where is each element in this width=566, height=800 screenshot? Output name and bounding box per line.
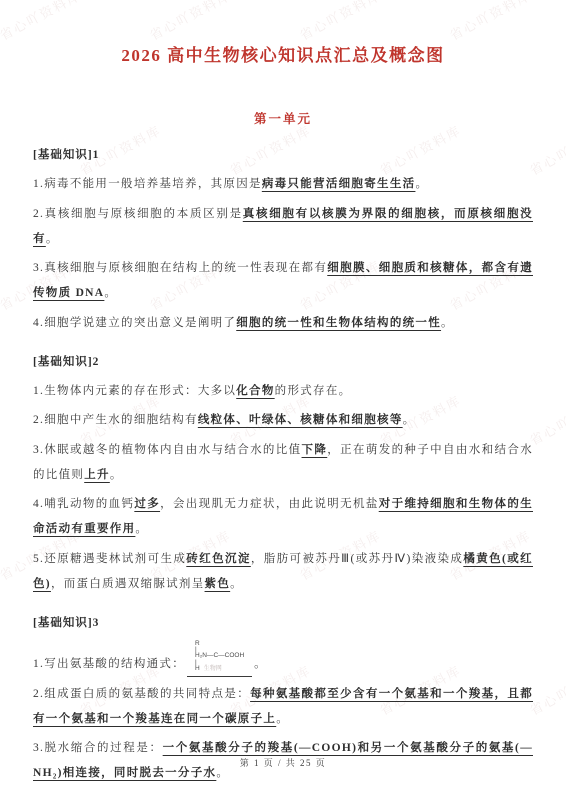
underlined-answer: 过多	[134, 498, 160, 510]
underlined-answer: 线粒体、叶绿体、核糖体和细胞核等	[198, 414, 403, 426]
formula-item-suffix: 。	[254, 652, 267, 677]
section-heading: [基础知识]1	[33, 143, 533, 168]
document-page: { "document": { "title": "2026 高中生物核心知识点…	[0, 0, 566, 800]
diagonal-watermark: 省心吖资料库	[446, 0, 534, 44]
page-title: 2026 高中生物核心知识点汇总及概念图	[33, 44, 533, 68]
knowledge-item: 4.哺乳动物的血钙过多，会出现肌无力症状，由此说明无机盐对于维持细胞和生物体的生…	[33, 492, 533, 542]
item-text: 2.组成蛋白质的氨基酸的共同特点是：	[33, 688, 250, 700]
diagonal-watermark: 省心吖资料库	[146, 0, 234, 44]
section-heading: [基础知识]3	[33, 611, 533, 636]
item-text: 。	[441, 317, 454, 329]
underlined-answer: 上升	[84, 469, 110, 481]
item-text: 5.还原糖遇斐林试剂可生成	[33, 553, 186, 565]
knowledge-item: 2.细胞中产生水的细胞结构有线粒体、叶绿体、核糖体和细胞核等。	[33, 408, 533, 433]
underlined-answer: 紫色	[205, 578, 231, 590]
item-text: 。	[104, 287, 117, 299]
item-text: 3.休眠或越冬的植物体内自由水与结合水的比值	[33, 444, 302, 456]
item-text: 。	[135, 523, 148, 535]
item-text: 。	[110, 469, 123, 481]
underlined-answer: 化合物	[236, 385, 274, 397]
amino-acid-structural-formula: R|H₂N—C—COOH|H生物网	[187, 640, 252, 678]
knowledge-item: 3.休眠或越冬的植物体内自由水与结合水的比值下降，正在萌发的种子中自由水和结合水…	[33, 438, 533, 488]
knowledge-item: 4.细胞学说建立的突出意义是阐明了细胞的统一性和生物体结构的统一性。	[33, 311, 533, 336]
item-text: 2.细胞中产生水的细胞结构有	[33, 414, 198, 426]
item-text: ，会出现肌无力症状，由此说明无机盐	[160, 498, 379, 510]
item-text: 3.真核细胞与原核细胞在结构上的统一性表现在都有	[33, 262, 327, 274]
knowledge-item: 5.还原糖遇斐林试剂可生成砖红色沉淀，脂肪可被苏丹Ⅲ(或苏丹Ⅳ)染液染成橘黄色(…	[33, 547, 533, 597]
item-text: 。	[403, 414, 416, 426]
item-text: 。	[230, 578, 243, 590]
item-text: 。	[46, 233, 59, 245]
diagonal-watermark: 省心吖资料库	[0, 0, 84, 44]
item-text: ，而蛋白质遇双缩脲试剂呈	[51, 578, 205, 590]
item-text: 1.病毒不能用一般培养基培养，其原因是	[33, 178, 262, 190]
item-text: 的形式存在。	[275, 385, 352, 397]
document-content: 2026 高中生物核心知识点汇总及概念图 第一单元 [基础知识]11.病毒不能用…	[0, 44, 566, 786]
knowledge-item: 1.生物体内元素的存在形式：大多以化合物的形式存在。	[33, 379, 533, 404]
knowledge-item: 2.组成蛋白质的氨基酸的共同特点是：每种氨基酸都至少含有一个氨基和一个羧基，且都…	[33, 682, 533, 732]
knowledge-item: 1.写出氨基酸的结构通式：R|H₂N—C—COOH|H生物网。	[33, 640, 533, 678]
item-text: 2.真核细胞与原核细胞的本质区别是	[33, 208, 243, 220]
underlined-answer: 病毒只能营活细胞寄生生活	[262, 178, 416, 190]
item-text: 。	[276, 713, 289, 725]
item-text: ，脂肪可被苏丹Ⅲ(或苏丹Ⅳ)染液染成	[251, 553, 464, 565]
page-number-footer: 第 1 页 / 共 25 页	[0, 756, 566, 769]
item-text: 3.脱水缩合的过程是：	[33, 742, 163, 754]
unit-subtitle: 第一单元	[33, 109, 533, 129]
section-heading: [基础知识]2	[33, 350, 533, 375]
knowledge-item: 1.病毒不能用一般培养基培养，其原因是病毒只能营活细胞寄生生活。	[33, 172, 533, 197]
formula-item-prefix: 1.写出氨基酸的结构通式：	[33, 652, 185, 677]
knowledge-item: 3.真核细胞与原核细胞在结构上的统一性表现在都有细胞膜、细胞质和核糖体，都含有遗…	[33, 256, 533, 306]
item-text: 1.生物体内元素的存在形式：大多以	[33, 385, 236, 397]
formula-h-atom: H生物网	[195, 665, 244, 674]
diagonal-watermark: 省心吖资料库	[296, 0, 384, 44]
knowledge-item: 2.真核细胞与原核细胞的本质区别是真核细胞有以核膜为界限的细胞核，而原核细胞没有…	[33, 202, 533, 252]
item-text: 4.哺乳动物的血钙	[33, 498, 134, 510]
underlined-answer: 下降	[302, 444, 328, 456]
knowledge-sections: [基础知识]11.病毒不能用一般培养基培养，其原因是病毒只能营活细胞寄生生活。2…	[33, 143, 533, 786]
underlined-answer: 砖红色沉淀	[186, 553, 251, 565]
item-text: 4.细胞学说建立的突出意义是阐明了	[33, 317, 236, 329]
formula-backbone: H₂N—C—COOH	[195, 652, 244, 660]
formula-r-group: R	[195, 640, 244, 648]
underlined-answer: 细胞的统一性和生物体结构的统一性	[236, 317, 441, 329]
item-text: 。	[415, 178, 428, 190]
formula-watermark-note: 生物网	[204, 666, 222, 672]
